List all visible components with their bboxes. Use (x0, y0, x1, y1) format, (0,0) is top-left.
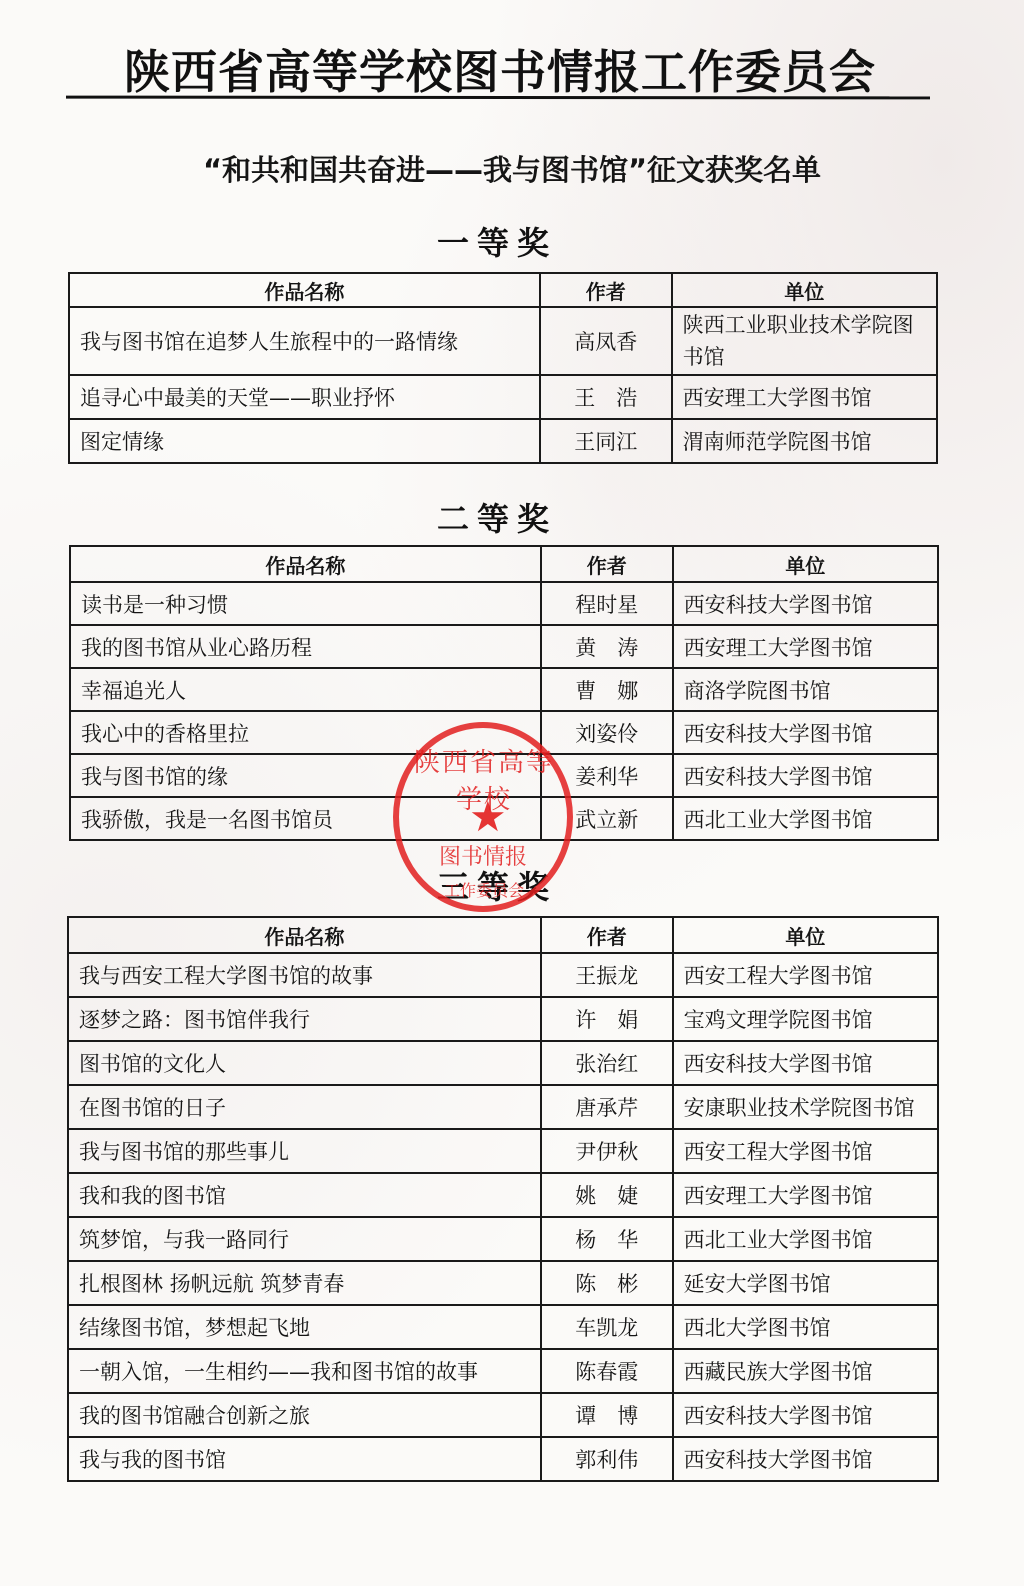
table-row: 追寻心中最美的天堂——职业抒怀 王 浩 西安理工大学图书馆 (69, 375, 937, 419)
work-title: 我与图书馆的缘 (70, 754, 541, 797)
column-header-unit: 单位 (672, 273, 937, 307)
author-name: 王同江 (540, 419, 672, 463)
work-title: 逐梦之路：图书馆伴我行 (68, 997, 541, 1041)
work-title: 我与我的图书馆 (68, 1437, 541, 1481)
table-row: 扎根图林 扬帆远航 筑梦青春 陈 彬 延安大学图书馆 (68, 1261, 938, 1305)
second-prize-table: 作品名称 作者 单位 读书是一种习惯 程时星 西安科技大学图书馆 我的图书馆从业… (69, 545, 939, 841)
unit-name: 西安科技大学图书馆 (673, 1393, 938, 1437)
first-prize-table: 作品名称 作者 单位 我与图书馆在追梦人生旅程中的一路情缘 高凤香 陕西工业职业… (68, 272, 938, 464)
unit-name: 陕西工业职业技术学院图书馆 (672, 307, 937, 375)
unit-name: 西安科技大学图书馆 (673, 582, 938, 625)
unit-name: 西北工业大学图书馆 (673, 1217, 938, 1261)
work-title: 图书馆的文化人 (68, 1041, 541, 1085)
third-prize-table: 作品名称 作者 单位 我与西安工程大学图书馆的故事 王振龙 西安工程大学图书馆 … (67, 916, 939, 1482)
author-name: 曹 娜 (541, 668, 673, 711)
work-title: 图定情缘 (69, 419, 540, 463)
unit-name: 商洛学院图书馆 (673, 668, 938, 711)
document-subtitle: “和共和国共奋进——我与图书馆”征文获奖名单 (0, 148, 1024, 189)
table-row: 逐梦之路：图书馆伴我行 许 娟 宝鸡文理学院图书馆 (68, 997, 938, 1041)
work-title: 追寻心中最美的天堂——职业抒怀 (69, 375, 540, 419)
unit-name: 渭南师范学院图书馆 (672, 419, 937, 463)
author-name: 谭 博 (541, 1393, 673, 1437)
work-title: 我和我的图书馆 (68, 1173, 541, 1217)
table-row: 幸福追光人 曹 娜 商洛学院图书馆 (70, 668, 938, 711)
work-title: 我的图书馆融合创新之旅 (68, 1393, 541, 1437)
unit-name: 西安科技大学图书馆 (673, 1437, 938, 1481)
unit-name: 西安理工大学图书馆 (673, 625, 938, 668)
column-header-author: 作者 (541, 917, 673, 953)
work-title: 我与图书馆在追梦人生旅程中的一路情缘 (69, 307, 540, 375)
table-row: 图定情缘 王同江 渭南师范学院图书馆 (69, 419, 937, 463)
table-row: 筑梦馆，与我一路同行 杨 华 西北工业大学图书馆 (68, 1217, 938, 1261)
work-title: 一朝入馆，一生相约——我和图书馆的故事 (68, 1349, 541, 1393)
table-row: 我骄傲，我是一名图书馆员 武立新 西北工业大学图书馆 (70, 797, 938, 840)
author-name: 郭利伟 (541, 1437, 673, 1481)
table-row: 我心中的香格里拉 刘姿伶 西安科技大学图书馆 (70, 711, 938, 754)
unit-name: 西安科技大学图书馆 (673, 1041, 938, 1085)
column-header-title: 作品名称 (70, 546, 541, 582)
work-title: 我的图书馆从业心路历程 (70, 625, 541, 668)
work-title: 我心中的香格里拉 (70, 711, 541, 754)
table-row: 图书馆的文化人 张治红 西安科技大学图书馆 (68, 1041, 938, 1085)
unit-name: 西安工程大学图书馆 (673, 1129, 938, 1173)
unit-name: 安康职业技术学院图书馆 (673, 1085, 938, 1129)
unit-name: 西安工程大学图书馆 (673, 953, 938, 997)
table-row: 我的图书馆从业心路历程 黄 涛 西安理工大学图书馆 (70, 625, 938, 668)
table-header-row: 作品名称 作者 单位 (68, 917, 938, 953)
work-title: 我骄傲，我是一名图书馆员 (70, 797, 541, 840)
first-prize-heading: 一等奖 (0, 218, 994, 264)
author-name: 陈春霞 (541, 1349, 673, 1393)
unit-name: 西安科技大学图书馆 (673, 711, 938, 754)
table-row: 我的图书馆融合创新之旅 谭 博 西安科技大学图书馆 (68, 1393, 938, 1437)
organization-title: 陕西省高等学校图书情报工作委员会 (0, 36, 1000, 102)
author-name: 姚 婕 (541, 1173, 673, 1217)
author-name: 唐承芹 (541, 1085, 673, 1129)
work-title: 我与图书馆的那些事儿 (68, 1129, 541, 1173)
author-name: 尹伊秋 (541, 1129, 673, 1173)
table-row: 在图书馆的日子 唐承芹 安康职业技术学院图书馆 (68, 1085, 938, 1129)
work-title: 读书是一种习惯 (70, 582, 541, 625)
author-name: 姜利华 (541, 754, 673, 797)
work-title: 在图书馆的日子 (68, 1085, 541, 1129)
table-row: 我与图书馆在追梦人生旅程中的一路情缘 高凤香 陕西工业职业技术学院图书馆 (69, 307, 937, 375)
author-name: 黄 涛 (541, 625, 673, 668)
work-title: 我与西安工程大学图书馆的故事 (68, 953, 541, 997)
table-row: 读书是一种习惯 程时星 西安科技大学图书馆 (70, 582, 938, 625)
table-row: 结缘图书馆，梦想起飞地 车凯龙 西北大学图书馆 (68, 1305, 938, 1349)
author-name: 杨 华 (541, 1217, 673, 1261)
table-row: 我和我的图书馆 姚 婕 西安理工大学图书馆 (68, 1173, 938, 1217)
second-prize-heading: 二等奖 (0, 494, 994, 540)
unit-name: 西北工业大学图书馆 (673, 797, 938, 840)
author-name: 高凤香 (540, 307, 672, 375)
work-title: 筑梦馆，与我一路同行 (68, 1217, 541, 1261)
unit-name: 西北大学图书馆 (673, 1305, 938, 1349)
table-row: 我与我的图书馆 郭利伟 西安科技大学图书馆 (68, 1437, 938, 1481)
work-title: 结缘图书馆，梦想起飞地 (68, 1305, 541, 1349)
table-header-row: 作品名称 作者 单位 (70, 546, 938, 582)
unit-name: 西安科技大学图书馆 (673, 754, 938, 797)
author-name: 程时星 (541, 582, 673, 625)
table-header-row: 作品名称 作者 单位 (69, 273, 937, 307)
author-name: 张治红 (541, 1041, 673, 1085)
author-name: 王振龙 (541, 953, 673, 997)
table-row: 我与图书馆的那些事儿 尹伊秋 西安工程大学图书馆 (68, 1129, 938, 1173)
column-header-author: 作者 (541, 546, 673, 582)
column-header-title: 作品名称 (68, 917, 541, 953)
unit-name: 西安理工大学图书馆 (672, 375, 937, 419)
unit-name: 延安大学图书馆 (673, 1261, 938, 1305)
column-header-title: 作品名称 (69, 273, 540, 307)
third-prize-heading: 三等奖 (0, 862, 994, 908)
unit-name: 西藏民族大学图书馆 (673, 1349, 938, 1393)
work-title: 扎根图林 扬帆远航 筑梦青春 (68, 1261, 541, 1305)
unit-name: 西安理工大学图书馆 (673, 1173, 938, 1217)
column-header-unit: 单位 (673, 917, 938, 953)
author-name: 许 娟 (541, 997, 673, 1041)
column-header-unit: 单位 (673, 546, 938, 582)
table-row: 我与图书馆的缘 姜利华 西安科技大学图书馆 (70, 754, 938, 797)
table-row: 一朝入馆，一生相约——我和图书馆的故事 陈春霞 西藏民族大学图书馆 (68, 1349, 938, 1393)
work-title: 幸福追光人 (70, 668, 541, 711)
author-name: 王 浩 (540, 375, 672, 419)
author-name: 陈 彬 (541, 1261, 673, 1305)
table-row: 我与西安工程大学图书馆的故事 王振龙 西安工程大学图书馆 (68, 953, 938, 997)
author-name: 车凯龙 (541, 1305, 673, 1349)
author-name: 刘姿伶 (541, 711, 673, 754)
column-header-author: 作者 (540, 273, 672, 307)
unit-name: 宝鸡文理学院图书馆 (673, 997, 938, 1041)
author-name: 武立新 (541, 797, 673, 840)
